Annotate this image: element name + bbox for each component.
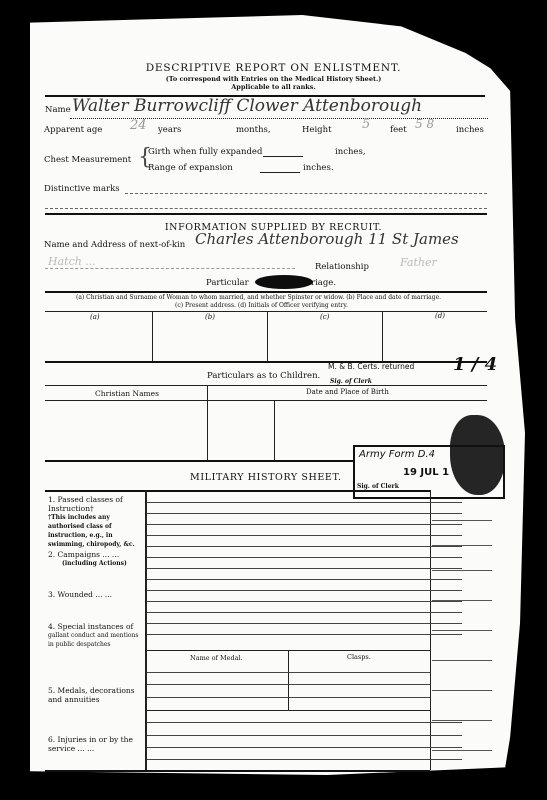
- girth-line: [263, 156, 303, 157]
- marriage-label-right: riage.: [311, 278, 336, 288]
- divider: [45, 291, 487, 293]
- ruled-line: [147, 747, 462, 748]
- ruled-line: [432, 545, 492, 546]
- height-feet-field[interactable]: 5: [362, 117, 370, 132]
- mh-item-4: 4. Special instances of gallant conduct …: [48, 622, 140, 649]
- next-of-kin-label: Name and Address of next-of-kin: [44, 240, 185, 250]
- col-divider: [267, 311, 268, 361]
- mh-item-6: 6. Injuries in or by the service ... ...: [48, 735, 140, 753]
- inches-label: inches: [456, 125, 484, 135]
- range-line: [260, 172, 300, 173]
- mh-item-1: 1. Passed classes of Instruction† †This …: [48, 495, 140, 549]
- ruled-line: [147, 672, 430, 673]
- ruled-line: [147, 612, 462, 613]
- stamp-date: 19 JUL 1: [403, 467, 449, 478]
- feet-label: feet: [390, 125, 407, 135]
- divider: [45, 213, 487, 215]
- military-history-heading: MILITARY HISTORY SHEET.: [190, 472, 342, 483]
- mh-item-1-note: †This includes any authorised class of i…: [48, 513, 140, 549]
- ruled-line: [432, 690, 492, 691]
- ruled-line: [147, 759, 462, 760]
- divider: [45, 490, 430, 492]
- subtitle-line-1: (To correspond with Entries on the Medic…: [0, 75, 547, 83]
- medal-col-name: Name of Medal.: [190, 654, 243, 662]
- mh-item-2: 2. Campaigns ... ... (including Actions): [48, 550, 140, 568]
- ruled-line: [432, 750, 492, 751]
- ruled-line: [147, 568, 462, 569]
- ruled-line: [147, 535, 462, 536]
- years-label: years: [158, 125, 181, 135]
- mh-item-2-label: 2. Campaigns ... ...: [48, 550, 140, 559]
- right-margin-line: [430, 490, 431, 770]
- divider: [45, 770, 430, 772]
- height-inches-field[interactable]: 5 8: [415, 117, 434, 131]
- sig-of-clerk: Sig. of Clerk: [330, 378, 372, 385]
- ruled-line: [147, 623, 462, 624]
- name-label: Name: [45, 105, 71, 115]
- children-col-birth: Date and Place of Birth: [306, 388, 389, 396]
- relationship-field[interactable]: Father: [400, 256, 437, 269]
- ruled-line: [147, 513, 462, 514]
- mh-item-2-note: (including Actions): [48, 559, 140, 568]
- medal-col-clasps: Clasps.: [347, 653, 371, 661]
- next-of-kin-field-line-2[interactable]: Hatch ...: [48, 255, 96, 268]
- ruled-line: [147, 735, 462, 736]
- marriage-note-1: (a) Christian and Surname of Woman to wh…: [76, 294, 441, 301]
- mh-item-4-label: 4. Special instances of: [48, 622, 140, 631]
- months-label: months,: [236, 125, 271, 135]
- name-field[interactable]: Walter Burrowcliff Clower Attenborough: [72, 96, 422, 116]
- apparent-age-label: Apparent age: [44, 125, 102, 135]
- girth-unit: inches,: [335, 147, 366, 157]
- divider: [45, 400, 487, 401]
- marriage-col-d: (d): [435, 312, 445, 320]
- certs-returned-label: M. & B. Certs. returned: [328, 362, 414, 371]
- distinctive-marks-label: Distinctive marks: [44, 184, 120, 194]
- marriage-note-2: (c) Present address. (d) Initials of Off…: [175, 302, 348, 309]
- col-divider: [152, 311, 153, 361]
- mh-item-5-label: 5. Medals, decorations and annuities: [48, 686, 140, 704]
- ruled-line: [432, 630, 492, 631]
- age-years-field[interactable]: 24: [130, 118, 147, 133]
- document-title: DESCRIPTIVE REPORT ON ENLISTMENT.: [0, 62, 547, 74]
- marriage-col-a: (a): [90, 313, 100, 321]
- subtitle-line-2: Applicable to all ranks.: [0, 83, 547, 91]
- ruled-line: [147, 546, 462, 547]
- ruled-line: [147, 579, 462, 580]
- mh-item-6-label: 6. Injuries in or by the service ... ...: [48, 735, 140, 753]
- divider: [45, 361, 487, 363]
- address-line: [45, 268, 295, 269]
- ruled-line: [432, 660, 492, 661]
- height-label: Height: [302, 125, 332, 135]
- children-col-names: Christian Names: [95, 389, 159, 398]
- ruled-line: [147, 557, 462, 558]
- ruled-line: [147, 634, 462, 635]
- ruled-line: [432, 520, 492, 521]
- next-of-kin-field[interactable]: Charles Attenborough 11 St James: [195, 230, 459, 248]
- divider: [45, 385, 487, 386]
- ruled-line: [147, 697, 430, 698]
- medal-col-divider: [288, 650, 289, 710]
- marks-line: [125, 193, 487, 194]
- range-label: Range of expansion: [148, 163, 233, 173]
- ruled-line: [147, 722, 462, 723]
- col-divider: [274, 400, 275, 460]
- girth-label: Girth when fully expanded: [148, 147, 262, 157]
- marriage-label-left: Particular: [206, 278, 249, 288]
- col-divider: [207, 385, 208, 460]
- ruled-line: [147, 524, 462, 525]
- marriage-col-b: (b): [205, 313, 215, 321]
- mh-item-1-label: 1. Passed classes of Instruction†: [48, 495, 140, 513]
- marks-line-2: [45, 208, 487, 209]
- divider: [45, 460, 355, 462]
- ruled-line: [432, 600, 492, 601]
- mh-item-3-label: 3. Wounded ... ...: [48, 590, 140, 599]
- ruled-line: [147, 601, 462, 602]
- mh-item-5: 5. Medals, decorations and annuities: [48, 686, 140, 704]
- stamp-sig: Sig. of Clerk: [357, 483, 399, 490]
- ruled-line: [432, 570, 492, 571]
- chest-measurement-label: Chest Measurement: [44, 155, 131, 165]
- medal-table-bottom: [147, 710, 430, 711]
- section-divider: [145, 490, 147, 770]
- ruled-line: [147, 590, 462, 591]
- range-unit: inches.: [303, 163, 334, 173]
- certs-returned-value[interactable]: 1 / 4: [453, 354, 497, 375]
- marriage-col-c: (c): [320, 313, 329, 321]
- children-heading: Particulars as to Children.: [207, 371, 320, 381]
- ruled-line: [147, 502, 462, 503]
- col-divider: [382, 311, 383, 361]
- stamp-form: Army Form D.4: [359, 449, 435, 460]
- mh-item-3: 3. Wounded ... ...: [48, 590, 140, 599]
- redaction-blot: [255, 275, 313, 289]
- ruled-line: [432, 720, 492, 721]
- document-subtitle: (To correspond with Entries on the Medic…: [0, 75, 547, 91]
- mh-item-4-note: gallant conduct and mentions in public d…: [48, 631, 140, 649]
- relationship-label: Relationship: [315, 262, 369, 272]
- ruled-line: [147, 684, 430, 685]
- table-top: [45, 311, 487, 312]
